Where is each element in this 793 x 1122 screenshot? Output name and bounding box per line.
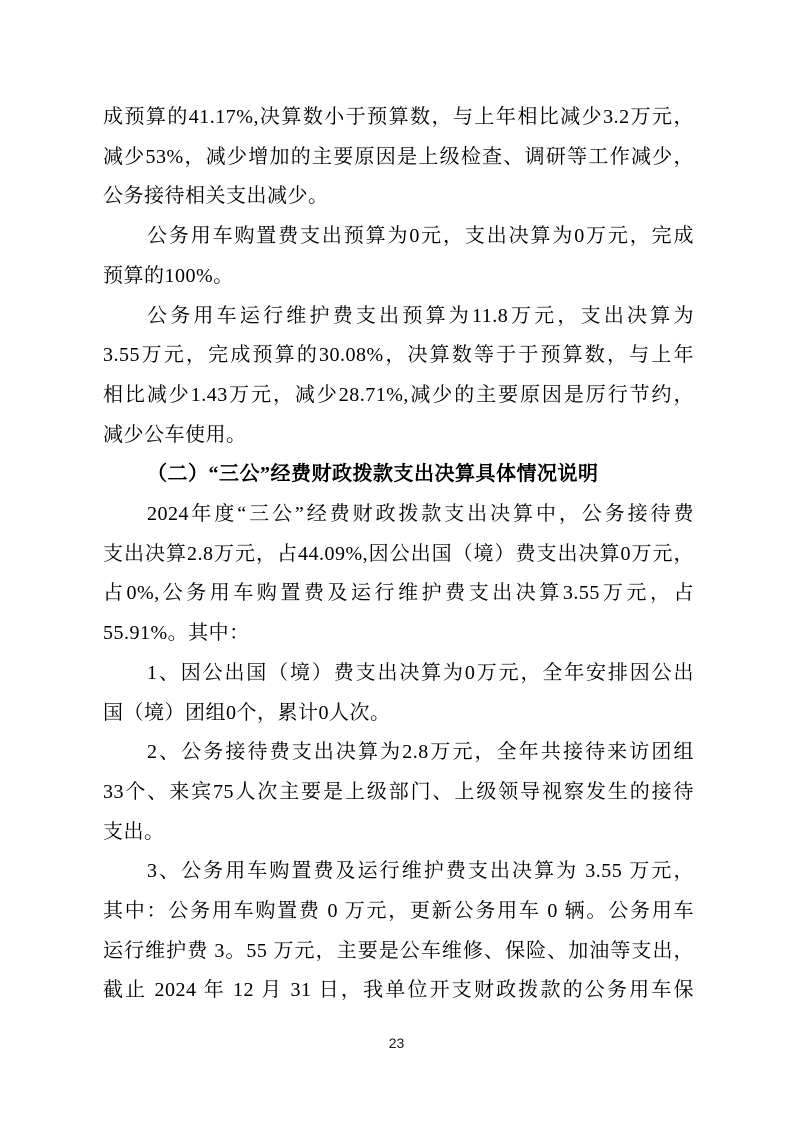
document-line: 55.91%。其中： bbox=[103, 614, 694, 654]
document-line: 成预算的41.17%,决算数小于预算数，与上年相比减少3.2万元， bbox=[103, 98, 694, 138]
document-line: 1、因公出国（境）费支出决算为0万元，全年安排因公出 bbox=[103, 654, 694, 694]
document-body: 成预算的41.17%,决算数小于预算数，与上年相比减少3.2万元， 减少53%，… bbox=[103, 98, 694, 1011]
document-line: 预算的100%。 bbox=[103, 257, 694, 297]
document-line: 2024年度“三公”经费财政拨款支出决算中，公务接待费 bbox=[103, 495, 694, 535]
document-line: 2、公务接待费支出决算为2.8万元，全年共接待来访团组 bbox=[103, 733, 694, 773]
document-line: 公务接待相关支出减少。 bbox=[103, 177, 694, 217]
document-line: 减少公车使用。 bbox=[103, 416, 694, 456]
page-number: 23 bbox=[389, 1035, 405, 1051]
document-line: 3.55万元，完成预算的30.08%，决算数等于于预算数，与上年 bbox=[103, 336, 694, 376]
document-line: 国（境）团组0个，累计0人次。 bbox=[103, 694, 694, 734]
document-line: 相比减少1.43万元，减少28.71%,减少的主要原因是厉行节约， bbox=[103, 376, 694, 416]
document-line: 截止 2024 年 12 月 31 日，我单位开支财政拨款的公务用车保 bbox=[103, 971, 694, 1011]
document-line: 支出决算2.8万元，占44.09%,因公出国（境）费支出决算0万元， bbox=[103, 535, 694, 575]
document-line: 减少53%，减少增加的主要原因是上级检查、调研等工作减少， bbox=[103, 138, 694, 178]
document-line: 公务用车购置费支出预算为0元，支出决算为0万元，完成 bbox=[103, 217, 694, 257]
section-heading: （二）“三公”经费财政拨款支出决算具体情况说明 bbox=[103, 455, 694, 495]
document-line: 公务用车运行维护费支出预算为11.8万元，支出决算为 bbox=[103, 297, 694, 337]
document-line: 支出。 bbox=[103, 813, 694, 853]
page-footer: 23 bbox=[0, 1035, 793, 1053]
document-line: 3、公务用车购置费及运行维护费支出决算为 3.55 万元， bbox=[103, 852, 694, 892]
document-line: 其中：公务用车购置费 0 万元，更新公务用车 0 辆。公务用车 bbox=[103, 892, 694, 932]
document-line: 占0%,公务用车购置费及运行维护费支出决算3.55万元，占 bbox=[103, 574, 694, 614]
document-line: 33个、来宾75人次主要是上级部门、上级领导视察发生的接待 bbox=[103, 773, 694, 813]
document-line: 运行维护费 3。55 万元，主要是公车维修、保险、加油等支出， bbox=[103, 932, 694, 972]
document-page: 成预算的41.17%,决算数小于预算数，与上年相比减少3.2万元， 减少53%，… bbox=[0, 0, 793, 1122]
